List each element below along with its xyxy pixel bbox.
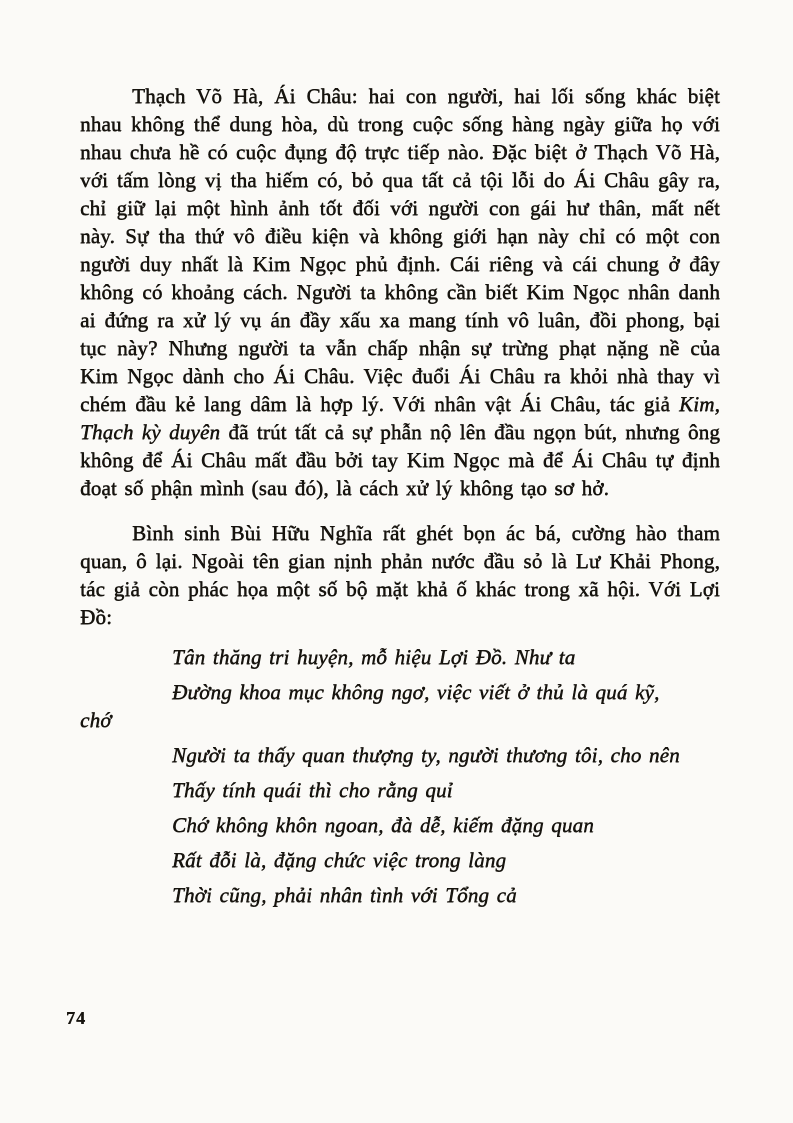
quoted-verse-block: Tân thăng tri huyện, mỗ hiệu Lợi Đồ. Như… bbox=[80, 643, 682, 909]
paragraph-thach-vo-ha-ai-chau: Thạch Võ Hà, Ái Châu: hai con người, hai… bbox=[80, 82, 720, 502]
verse-line: Tân thăng tri huyện, mỗ hiệu Lợi Đồ. Như… bbox=[80, 643, 682, 671]
paragraph-binh-sinh-bui-huu-nghia: Bình sinh Bùi Hữu Nghĩa rất ghét bọn ác … bbox=[80, 519, 720, 631]
text-block: Thạch Võ Hà, Ái Châu: hai con người, hai… bbox=[80, 82, 720, 916]
scanned-book-page: Thạch Võ Hà, Ái Châu: hai con người, hai… bbox=[0, 0, 793, 1123]
verse-line: Đường khoa mục không ngơ, việc viết ở th… bbox=[80, 678, 682, 734]
body-text-segment: Thạch Võ Hà, Ái Châu: hai con người, hai… bbox=[80, 84, 720, 416]
page-number: 74 bbox=[66, 1008, 86, 1029]
verse-line: Chớ không khôn ngoan, đà dễ, kiếm đặng q… bbox=[80, 811, 682, 839]
verse-line: Rất đỗi là, đặng chức việc trong làng bbox=[80, 846, 682, 874]
verse-line: Thấy tính quái thì cho rằng quỉ bbox=[80, 776, 682, 804]
verse-line: Người ta thấy quan thượng ty, người thươ… bbox=[80, 741, 682, 769]
verse-line: Thời cũng, phải nhân tình với Tổng cả bbox=[80, 881, 682, 909]
